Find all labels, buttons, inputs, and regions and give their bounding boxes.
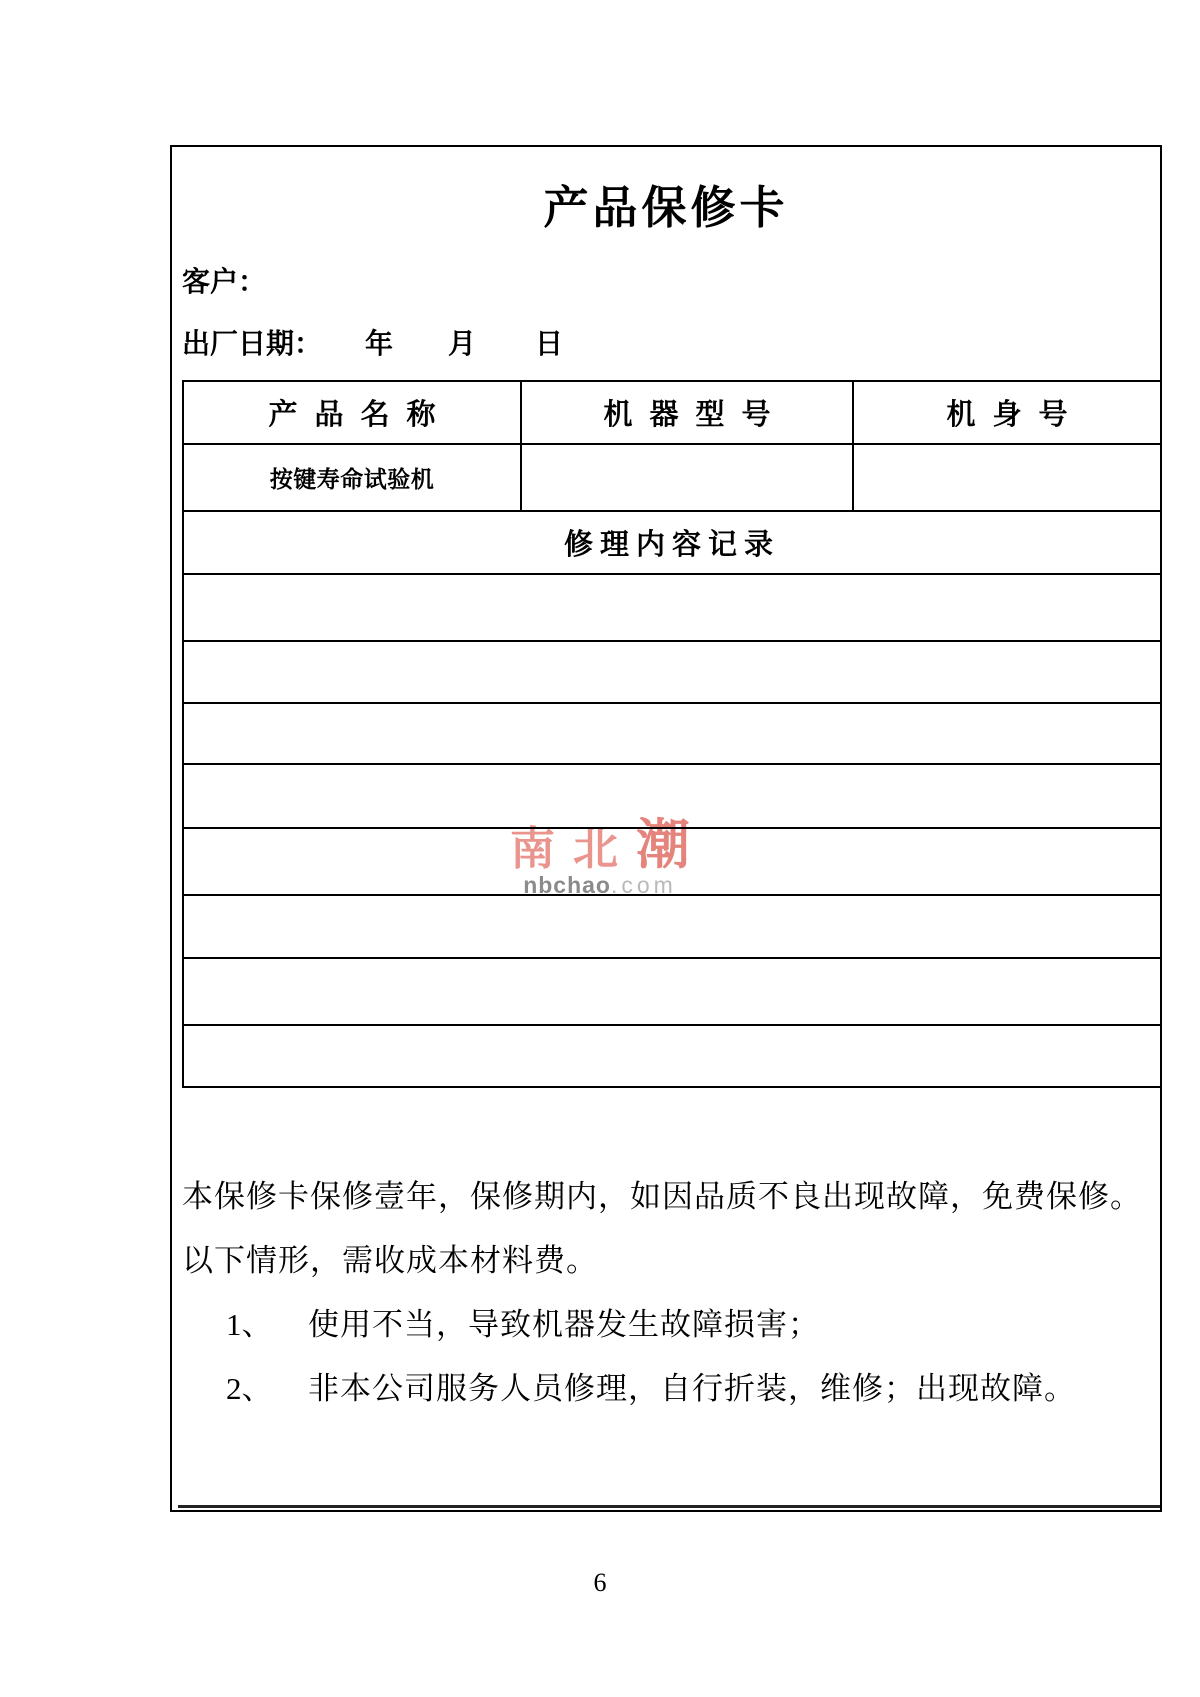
factory-date-label: 出厂日期：	[182, 329, 322, 360]
warranty-card: 产品保修卡 客户： 出厂日期： 年 月 日 产品名称 机器型号 机身号 按键寿命…	[170, 145, 1162, 1512]
table-data-row: 按键寿命试验机	[184, 445, 1160, 512]
day-label: 日	[535, 329, 563, 360]
table-header-row: 产品名称 机器型号 机身号	[184, 382, 1160, 445]
terms-item-1: 1、使用不当，导致机器发生故障损害；	[182, 1293, 1154, 1357]
warranty-terms: 本保修卡保修壹年，保修期内，如因品质不良出现故障，免费保修。 以下情形，需收成本…	[182, 1165, 1154, 1421]
terms-item-2-number: 2、	[226, 1357, 308, 1421]
terms-line-2: 以下情形，需收成本材料费。	[182, 1229, 1154, 1293]
year-label: 年	[365, 329, 393, 360]
machine-model-cell	[522, 445, 854, 510]
terms-item-1-number: 1、	[226, 1293, 308, 1357]
repair-record-row	[184, 765, 1160, 829]
warranty-table: 产品名称 机器型号 机身号 按键寿命试验机 修理内容记录	[182, 380, 1160, 1088]
document-page: 南北潮 nbchao.com 产品保修卡 客户： 出厂日期： 年 月 日 产品名…	[0, 0, 1200, 1697]
card-title: 产品保修卡	[172, 183, 1160, 233]
frame-bottom-rule	[178, 1505, 1160, 1508]
repair-record-row	[184, 959, 1160, 1026]
terms-item-1-text: 使用不当，导致机器发生故障损害；	[308, 1307, 820, 1342]
terms-line-1: 本保修卡保修壹年，保修期内，如因品质不良出现故障，免费保修。	[182, 1165, 1154, 1229]
repair-record-row	[184, 896, 1160, 959]
serial-number-cell	[854, 445, 1160, 510]
customer-label: 客户：	[182, 266, 266, 300]
product-name-cell: 按键寿命试验机	[184, 445, 522, 510]
header-serial-number: 机身号	[854, 382, 1160, 443]
repair-record-row	[184, 829, 1160, 896]
terms-item-2-text: 非本公司服务人员修理，自行折装，维修；出现故障。	[308, 1371, 1076, 1406]
repair-record-header: 修理内容记录	[184, 512, 1160, 575]
page-number: 6	[0, 1568, 1200, 1598]
repair-record-row	[184, 1026, 1160, 1086]
repair-record-row	[184, 642, 1160, 704]
header-product-name: 产品名称	[184, 382, 522, 443]
factory-date-line: 出厂日期： 年 月 日	[182, 328, 563, 362]
terms-item-2: 2、非本公司服务人员修理，自行折装，维修；出现故障。	[182, 1357, 1154, 1421]
repair-record-row	[184, 704, 1160, 765]
header-machine-model: 机器型号	[522, 382, 854, 443]
repair-record-row	[184, 575, 1160, 642]
month-label: 月	[448, 329, 476, 360]
